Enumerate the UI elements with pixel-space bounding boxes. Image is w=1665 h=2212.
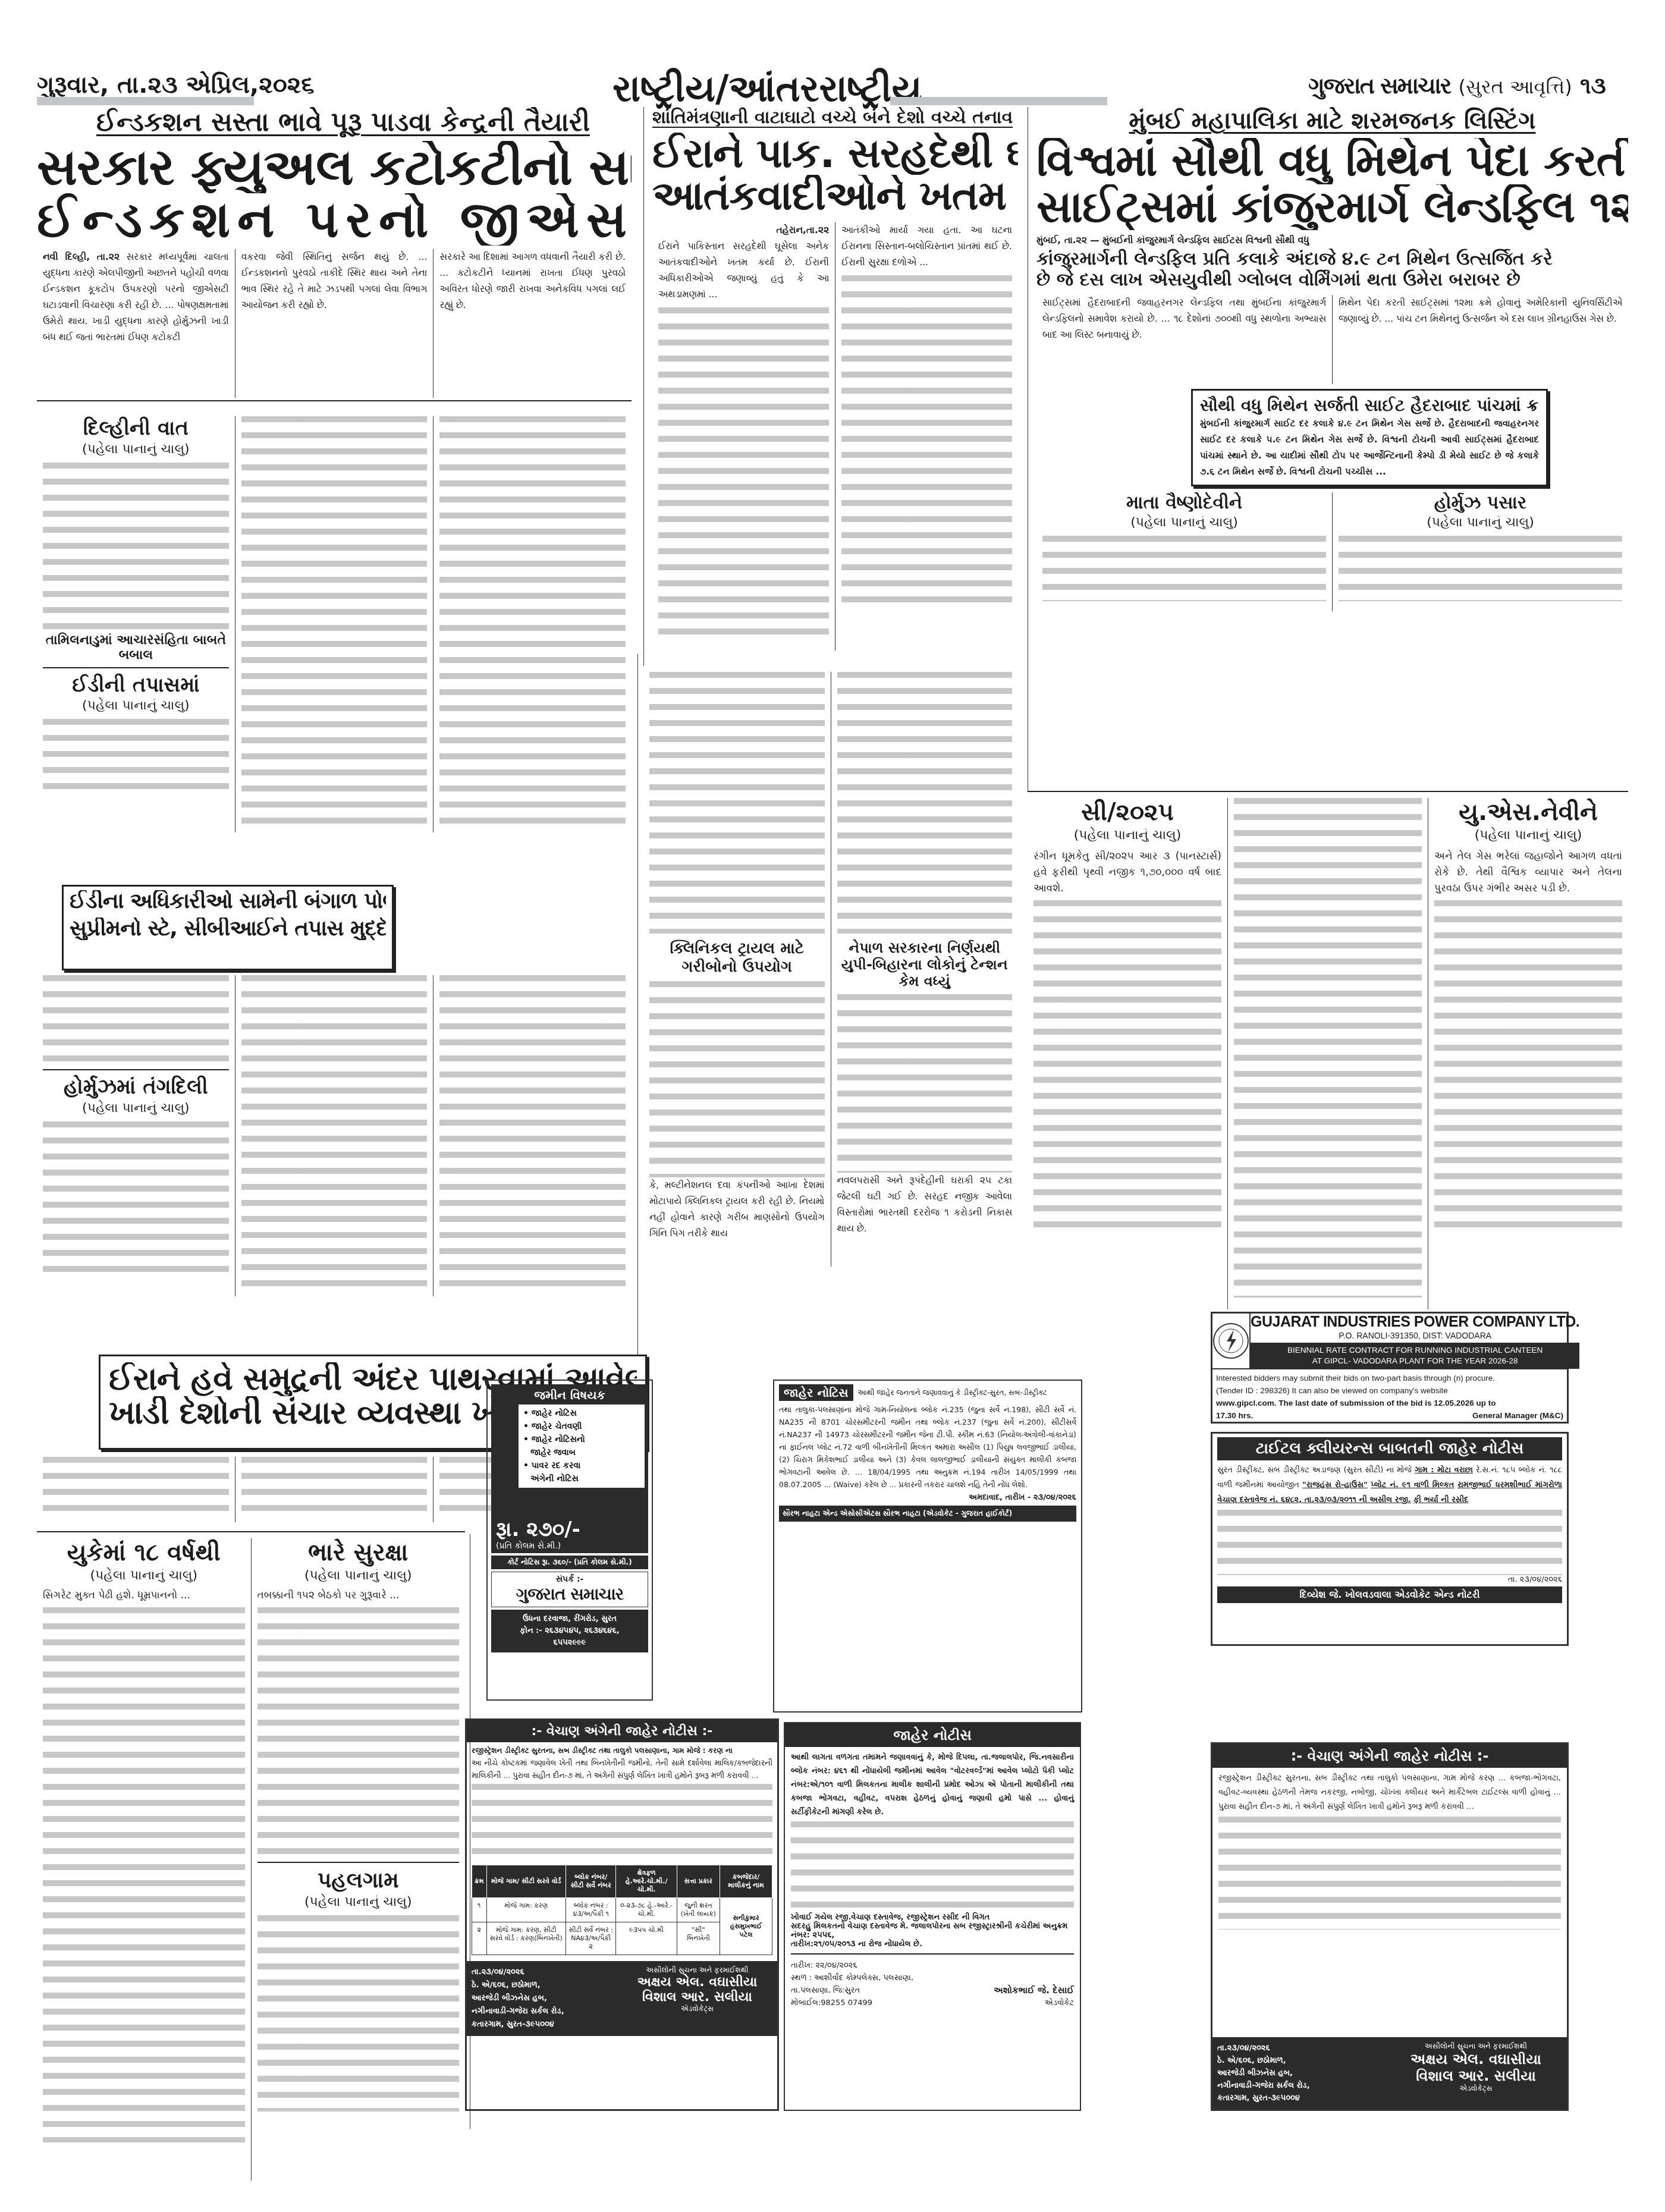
notice-intro: રજીસ્ટ્રેશન ડીસ્ટ્રીક્ટ સુરતના, સબ ડીસ્ટ… (472, 1745, 772, 1757)
table-header: બ્લોક નંબર/ સીટી સર્વે નંબર (566, 1865, 616, 1898)
story-text-block (837, 672, 1013, 934)
story-text: રંગીન ધૂમકેતુ સી/૨૦૨૫ આર ૩ (પાનસ્ટાર્સ) … (1033, 849, 1221, 897)
advocate-name: વિશાલ આર. સલીયા (1390, 2068, 1562, 2084)
advocate-name: અક્ષય એલ. વઘાસીયા (622, 1975, 772, 1990)
dateline: તહેરાન,તા.૨૨ (658, 222, 829, 238)
ad-inner-dark: જમીન વિષયક • જાહેર નોટિસ • જાહેર ચેતવણી … (491, 1384, 648, 1515)
notice-society: "રાજહંસ રો-હાઉસ" (1302, 1481, 1368, 1490)
notice-line: સુરત ડીસ્ટ્રીક્ટ, સબ ડીસ્ટ્રીક્ટ અડાજણ (… (1217, 1466, 1412, 1475)
story-text-block (439, 975, 626, 1290)
story-text-block (241, 1457, 428, 1516)
story-headline-line2: ઈન્ડકશન પરનો જીએસટી ઘટાડી શકે (37, 193, 632, 246)
continuation-note: (પહેલા પાનાનું ચાલુ) (43, 1099, 229, 1118)
land-table: ક્રમ મોજે ગામ/ સીટી સરવે વોર્ડ બ્લોક નંબ… (472, 1865, 772, 1955)
continuation-title: માતા વૈષ્ણોદેવીને (1042, 492, 1326, 514)
ad-item: જાહેર જવાબ (523, 1446, 640, 1459)
notice-instruction: અસીલોની સુચના અને ફરમાઈશથી (1390, 2042, 1562, 2051)
continuation-title: ભારે સુરક્ષા (257, 1538, 460, 1567)
gipcl-title-line2: AT GIPCL- VADODARA PLANT FOR THE YEAR 20… (1252, 1356, 1578, 1366)
story-column (433, 416, 632, 832)
continuation-note: (પહેલા પાનાનું ચાલુ) (1339, 514, 1622, 532)
table-row: ૧ મોજે ગામ: કરણ બ્લોક નંબર : ૪૩/અ/પૈકી ૧… (472, 1898, 772, 1922)
left-continuations: દિલ્હીની વાત (પહેલા પાનાનું ચાલુ) તામિલન… (37, 416, 632, 832)
story-column (235, 1457, 433, 1522)
notice-intro: આથી જાહેર જનતાને જણાવવાનું કે ડીસ્ટ્રીક્… (858, 1388, 1047, 1397)
story-column: વકરવા જેવી સ્થિતિનું સર્જન થયું છે. ... … (235, 249, 433, 398)
story-text: ઈરાને પાકિસ્તાન સરહદેથી ઘૂસેલા અનેક આતંક… (658, 238, 829, 303)
notice-owner: રામજીભાઈ ધરમશીભાઈ માંગરોળા (1457, 1481, 1562, 1490)
story-text: તબક્કાની ૧૫૨ બેઠકો પર ગુરૂવારે ... (257, 1588, 460, 1604)
notice-title: જાહેર નોટીસ (785, 1723, 1080, 1747)
table-header: ક્ષેત્રફળ હે.આરે.ચો.મી./ચો.મી. (616, 1865, 677, 1898)
public-notice-dipla: જાહેર નોટીસ આથી લાગતા વળગતા તમામને જણાવવ… (784, 1722, 1081, 2111)
ed-story-body: હોર્મુઝમાં તંગદિલી (પહેલા પાનાનું ચાલુ) (37, 975, 632, 1296)
notice-body: આથી લાગતા વળગતા તમામને જણાવવાનું કે, મોજ… (791, 1751, 1074, 1819)
edition-label: (સુરત આવૃત્તિ) (1459, 76, 1572, 98)
sale-notice-karan: :- વેચાણ અંગેની જાહેર નોટીસ :- રજીસ્ટ્રે… (465, 1718, 779, 2111)
continuation-note: (પહેલા પાનાનું ચાલુ) (1042, 514, 1326, 532)
ad-item: • પાવર રદ કરવા (523, 1459, 640, 1472)
notice-date: તા.૨૩/૦૪/૨૦૨૬ (1217, 2042, 1390, 2054)
issue-date: ગુરૂવાર, તા.૨૩ એપ્રિલ,૨૦૨૬ (37, 71, 315, 99)
column-rule (470, 1534, 470, 2129)
gipcl-body-line3: www.gipcl.com. The last date of submissi… (1216, 1397, 1563, 1409)
address-line: નગીનાવાડી-ગજેરા સર્કલ રોડ, (472, 2005, 622, 2018)
column-rule (637, 654, 638, 1356)
table-cell: સનીકુમાર હસમુખભાઈ પટેલ (720, 1898, 772, 1955)
table-cell: મોજે ગામ: કરણ (486, 1898, 566, 1922)
notice-registration-date: તારીખ:૨૧/૦૫/૨૦૧૩ ના રોજ નોંધાયેલ છે. (791, 1940, 1074, 1949)
notice-date: તારીખ: ૨૨/૦૪/૨૦૨૬ (791, 1959, 913, 1972)
notice-heading-row: જાહેર નોટિસ આથી જાહેર જનતાને જણાવવાનું ક… (779, 1384, 1076, 1401)
ad-contact: સંપર્ક :- ગુજરાત સમાચાર (491, 1572, 648, 1607)
table-cell: મોજે ગામ: કરણ, સીટી સરવે વોર્ડ : કરણ(બિન… (486, 1922, 566, 1955)
story-text: નવલપરાસી અને રૂપંદેહીની ઘરાકી ૨૫ ટકા જેટ… (837, 1173, 1013, 1237)
sidebox-body: મુંબઈની કાંજુરમાર્ગ સાઈટ દર કલાકે ૪.૯ ટન… (1200, 416, 1539, 480)
notice-taluka: તા.પલસાણા, જિ:સુરત (791, 1984, 913, 1997)
story-kicker: શાંતિમંત્રણાની વાટાઘાટો વચ્ચે બંને દેશો … (652, 107, 1018, 128)
story-methane-listing: મુંબઈ મહાપાલિકા માટે શરમજનક લિસ્ટિંગ વિશ… (1028, 107, 1628, 791)
table-header: સત્તા પ્રકાર (677, 1865, 720, 1898)
continuation-delhi: દિલ્હીની વાત (પહેલા પાનાનું ચાલુ) તામિલન… (37, 416, 235, 832)
dateline: મુંબઈ, તા.૨૨ (1036, 235, 1087, 246)
notice-date: તા.૨૩/૦૪/૨૦૨૬ (472, 1966, 622, 1979)
story-column: મિથેન પેદા કરતી સાઈટ્સમાં ૧૨મા ક્રમે હોવ… (1332, 295, 1628, 384)
ad-court-notice: કોર્ટ નોટિસ રૂા. ૩૬૦/- (પ્રતિ કોલમ સે.મી… (491, 1556, 648, 1569)
divider (257, 1862, 460, 1863)
continuation-uk: યુકેમાં ૧૮ વર્ષથી (પહેલા પાનાનું ચાલુ) સ… (37, 1538, 251, 2180)
notice-body: રજીસ્ટ્રેશન ડીસ્ટ્રીક્ટ સુરતના, સબ ડીસ્ટ… (1218, 1771, 1561, 1814)
ad-item: અંગેની નોટિસ (523, 1472, 640, 1485)
ad-address-band: ઉધના દરવાજા, રીંગરોડ, સુરત ફોન :- ૨૬૩૪૫૪… (491, 1610, 648, 1652)
dateline: નવી દિલ્હી, તા.૨૨ (43, 252, 120, 262)
notice-title: ટાઈટલ ક્લીયરન્સ બાબતની જાહેર નોટીસ (1217, 1437, 1562, 1460)
ad-item: • જાહેર ચેતવણી (523, 1420, 640, 1433)
story-text: સિગરેટ મુક્ત પેઢી હશે. ધૂમ્રપાનનો ... (43, 1588, 245, 1604)
continuation-hormuz-pasar: હોર્મુઝ પસાર (પહેલા પાનાનું ચાલુ) (1332, 492, 1628, 611)
ad-phone: ફોન :- ૨૬૩૪૫૪૫, ૨૬૩૪૬૪૬, (492, 1625, 647, 1637)
story-text: આતંકીઓ માર્યા ગયા હતા. આ ઘટના ઈરાનના સિસ… (841, 222, 1012, 271)
rule-right (890, 97, 1107, 105)
public-notice-niyol: જાહેર નોટિસ આથી જાહેર જનતાને જણાવવાનું ક… (773, 1380, 1082, 1713)
continuation-title: દિલ્હીની વાત (43, 416, 229, 441)
masthead: ગુરૂવાર, તા.૨૩ એપ્રિલ,૨૦૨૬ રાષ્ટ્રીય/આંત… (0, 0, 1665, 107)
nepal-story: નેપાળ સરકારના નિર્ણયથી યુપી-બિહારના લોકો… (831, 672, 1019, 1267)
ad-price: રૂા. ૨૭૦/- (496, 1517, 643, 1541)
section-title: રાષ્ટ્રીય/આંતરરાષ્ટ્રીય (612, 67, 922, 111)
gipcl-body-line2: (Tender ID : 298326) It can also be view… (1216, 1384, 1563, 1397)
notice-lost-docs: ખોવાઈ ગયેલ રજી.વેચાણ દસ્તાવેજ, રજીસ્ટ્રે… (791, 1913, 1074, 1922)
table-cell: બ્લોક નંબર : ૪૩/અ/પૈકી ૧ (566, 1898, 616, 1922)
page-number: ૧૩ (1580, 73, 1606, 99)
table-header: કબજેદાર/ માલીકનું નામ (720, 1865, 772, 1898)
continuation-note: (પહેલા પાનાનું ચાલુ) (257, 1893, 460, 1912)
story-headline-line1: વિશ્વમાં સૌથી વધુ મિથેન પેદા કરતી (1036, 138, 1628, 184)
ad-gipcl-tender: GUJARAT INDUSTRIES POWER COMPANY LTD. P.… (1211, 1312, 1569, 1424)
story-headline-line1: સરકાર ફ્યુઅલ કટોકટીનો સામનો કરવા (37, 141, 632, 193)
story-text-block (43, 975, 229, 1064)
story-column: નવી દિલ્હી, તા.૨૨ સરકાર મધ્યપૂર્વમાં ચાલ… (37, 249, 235, 398)
table-cell: ૨ (472, 1922, 487, 1955)
continuation-note: (પહેલા પાનાનું ચાલુ) (43, 697, 229, 715)
methane-sidebox: સૌથી વધુ મિથેન સર્જતી સાઈટ હૈદરાબાદ પાંચ… (1191, 389, 1548, 486)
notice-date: તા. ૨૩/૦૪/૨૦૨૬ (1217, 1575, 1562, 1584)
story-column (235, 975, 433, 1296)
story-text-block (257, 1607, 460, 1857)
deck-line: મુંબઈની કાંજુરમાર્ગ લેન્ડફિલ સાઈટસ વિશ્વ… (1102, 235, 1309, 246)
story-headline-line2: સાઈટ્સમાં કાંજુરમાર્ગ લેન્ડફિલ ૧૨મા ક્રમ… (1036, 184, 1628, 231)
divider (791, 1953, 1074, 1955)
ad-classified-rates: જમીન વિષયક • જાહેર નોટિસ • જાહેર ચેતવણી … (486, 1380, 653, 1701)
table-cell: સીટી સર્વે નંબર : NA૪૩/અ/પૈકી ૨ (566, 1922, 616, 1955)
story-kicker: ઈન્ડકશન સસ્તા ભાવે પૂરૂ પાડવા કેન્દ્રની … (37, 107, 632, 137)
table-cell: જુની શરત (ખેતી લાયક) (677, 1898, 720, 1922)
notice-receipt: ફી ભર્યા ની રસીદ (1413, 1495, 1468, 1504)
notice-text-block (472, 1784, 772, 1861)
deck-line: છે જે દસ લાખ એસયુવીથી ગ્લોબલ વોર્મિંગમાં… (1036, 269, 1628, 290)
divider (43, 1069, 229, 1070)
continuation-title: હોર્મુઝ પસાર (1339, 492, 1622, 514)
address-line: કતારગામ, સુરત-૩૯૫૦૦૪ (1217, 2092, 1390, 2104)
continuation-note: (પહેલા પાનાનું ચાલુ) (1434, 827, 1622, 845)
gipcl-logo-icon (1212, 1322, 1249, 1359)
ad-header: જમીન વિષયક (495, 1388, 645, 1402)
ad-item: • જાહેર નોટિસ (523, 1407, 640, 1420)
gipcl-title-line1: BIENNIAL RATE CONTRACT FOR RUNNING INDUS… (1252, 1345, 1578, 1356)
story-text-block (43, 1607, 245, 2142)
continuation-security: ભારે સુરક્ષા (પહેલા પાનાનું ચાલુ) તબક્કા… (251, 1538, 466, 2180)
notice-place-date: અમદાવાદ, તારીખ - ૨૩/૦૪/૨૦૨૬ (779, 1493, 1076, 1502)
address-line: નગીનાવાડી-ગજેરા સર્કલ રોડ, (1217, 2079, 1390, 2092)
story-kicker: મુંબઈ મહાપાલિકા માટે શરમજનક લિસ્ટિંગ (1036, 107, 1628, 134)
rule-left (37, 97, 254, 105)
story-subhead: ક્લિનિકલ ટ્રાયલ માટે ગરીબોનો ઉપયોગ (649, 940, 825, 976)
story-text-block (1339, 536, 1622, 601)
story-text-block (43, 1457, 229, 1516)
notice-body: આ નીચે કોષ્ટકમાં જણાવેલ ખેતી તથા બિનખેતી… (472, 1757, 772, 1781)
clinical-trial-story: ક્લિનિકલ ટ્રાયલ માટે ગરીબોનો ઉપયોગ કે, મ… (643, 672, 831, 1267)
ad-price-band: રૂા. ૨૭૦/- (પ્રતિ કોલમ સે.મી.) (491, 1515, 648, 1553)
paper-brand: ગુજરાત સમાચાર (સુરત આવૃત્તિ) ૧૩ (1308, 73, 1606, 99)
story-text-block (1234, 798, 1422, 1297)
title-clearance-notice: ટાઈટલ ક્લીયરન્સ બાબતની જાહેર નોટીસ સુરત … (1211, 1432, 1569, 1646)
continuation-title: યુકેમાં ૧૮ વર્ષથી (43, 1538, 245, 1567)
table-cell: ૯૩૫૫ ચો.મી (616, 1922, 677, 1955)
ad-address: ઉધના દરવાજા, રીંગરોડ, સુરત (492, 1613, 647, 1625)
story-text-block (439, 416, 626, 827)
box-headline-line2: સુપ્રીમનો સ્ટે, સીબીઆઈને તપાસ મુદ્દે મમત… (70, 918, 386, 940)
story-text: સરકાર મધ્યપૂર્વમાં ચાલતા યુદ્ધના કારણે એ… (43, 252, 229, 343)
story-text-block (649, 672, 825, 934)
gipcl-company-name: GUJARAT INDUSTRIES POWER COMPANY LTD. (1251, 1314, 1579, 1331)
story-text-block (1033, 900, 1221, 1233)
gipcl-logo (1212, 1314, 1251, 1368)
box-ed-bengal-fir: ઈડીના અધિકારીઓ સામેની બંગાળ પોલીસની એફઆઈ… (62, 885, 394, 970)
continuation-title: ઈડીની તપાસમાં (43, 673, 229, 697)
ad-phone-2: ૬૫૫૨૯૯૯ (492, 1637, 647, 1649)
continuation-mata-vaishno: માતા વૈષ્ણોદેવીને (પહેલા પાનાનું ચાલુ) (1036, 492, 1332, 611)
continuation-comet: સી/૨૦૨૫ (પહેલા પાનાનું ચાલુ) રંગીન ધૂમકે… (1028, 798, 1227, 1309)
story-fuel-gst: ઈન્ડકશન સસ્તા ભાવે પૂરૂ પાડવા કેન્દ્રની … (37, 107, 632, 410)
address-line: ઠે. એ/૬૦૬, છઠોમાળ, (1217, 2054, 1390, 2067)
advocate-address: તા.૨૩/૦૪/૨૦૨૬ ઠે. એ/૬૦૬, છઠોમાળ, આરજેડી … (472, 1966, 622, 2031)
address-line: કતારગામ, સુરત-૩૯૫૦૦૪ (472, 2018, 622, 2031)
story-column: તહેરાન,તા.૨૨ ઈરાને પાકિસ્તાન સરહદેથી ઘૂસ… (652, 222, 835, 651)
notice-body: તથા તાલુકા-પલસાણાંના મોજે ગામ-નિયોલના બ્… (779, 1403, 1076, 1491)
notice-text-block (1218, 1817, 1561, 1930)
ad-items-list: • જાહેર નોટિસ • જાહેર ચેતવણી • જાહેર નોટ… (519, 1405, 645, 1488)
story-text-block (43, 463, 229, 629)
story-headline-line2: આતંકવાદીઓને ખતમ કર્યા (652, 175, 1018, 217)
notice-signatory: અશોકભાઈ જે. દેસાઈ (994, 1984, 1074, 1997)
notice-body: સુરત ડીસ્ટ્રીક્ટ, સબ ડીસ્ટ્રીક્ટ અડાજણ (… (1217, 1463, 1562, 1507)
advocate-address: તા.૨૩/૦૪/૨૦૨૬ ઠે. એ/૬૦૬, છઠોમાળ, આરજેડી … (1217, 2042, 1390, 2104)
continuation-title: પહલગામ (257, 1868, 460, 1893)
ad-contact-label: સંપર્ક :- (494, 1575, 645, 1584)
continuation-note: (પહેલા પાનાનું ચાલુ) (43, 441, 229, 459)
ad-item: • જાહેર નોટિસનો (523, 1433, 640, 1446)
notice-text-block (1217, 1510, 1562, 1575)
story-text-block (841, 275, 1012, 608)
table-header: ક્રમ (472, 1865, 487, 1898)
address-line: આરજેડી બીઝનેસ હબ, (1217, 2067, 1390, 2079)
story-column: સાઈટ્સમાં હૈદરાબાદની જવાહરનગર લેન્ડફિલ ત… (1036, 295, 1332, 384)
notice-footer: સૌરભ નાહટા એન્ડ એસોસીએટસ સૌરભ નાહટા (એડવ… (779, 1506, 1076, 1522)
notice-footer: તા.૨૩/૦૪/૨૦૨૬ ઠે. એ/૬૦૬, છઠોમાળ, આરજેડી … (467, 1961, 777, 2036)
story-column (37, 1457, 235, 1522)
middle-stories: ક્લિનિકલ ટ્રાયલ માટે ગરીબોનો ઉપયોગ કે, મ… (643, 672, 1018, 1267)
divider (1028, 791, 1628, 792)
story-text-block (837, 994, 1013, 1173)
notice-plot: પ્લોટ નં. ૯૧ વાળી મિલ્કત (1371, 1481, 1454, 1490)
gipcl-deadline-time: 17.30 hrs. (1216, 1409, 1253, 1422)
story-text-block (241, 416, 428, 827)
continuation-us-navy: યુ.એસ.નેવીને (પહેલા પાનાનું ચાલુ) અને તે… (1428, 798, 1628, 1309)
advocate-role: એડવોકેટ્સ (622, 2004, 772, 2013)
story-deck: મુંબઈ, તા.૨૨ — મુંબઈની કાંજુરમાર્ગ લેન્ડ… (1036, 232, 1628, 249)
paper-name: ગુજરાત સમાચાર (1308, 73, 1450, 99)
story-text-block (1042, 536, 1326, 601)
notice-role: એડવોકેટ (994, 1997, 1074, 2009)
table-header-row: ક્રમ મોજે ગામ/ સીટી સરવે વોર્ડ બ્લોક નંબ… (472, 1865, 772, 1898)
notice-footer: તા.૨૩/૦૪/૨૦૨૬ ઠે. એ/૬૦૬, છઠોમાળ, આરજેડી … (1212, 2037, 1567, 2109)
story-iran-pakistan: શાંતિમંત્રણાની વાટાઘાટો વચ્ચે બંને દેશો … (643, 107, 1018, 666)
notice-deed: વેચાણ દસ્તાવેજ નં. ૬૪૮૨, તા.૨૩/૦૩/૨૦૧૧ ન… (1217, 1495, 1411, 1504)
notice-text-block (791, 1821, 1074, 1911)
divider (43, 667, 229, 668)
continuation-note: (પહેલા પાનાનું ચાલુ) (43, 1567, 245, 1585)
story-column (433, 975, 632, 1296)
story-text-block (241, 975, 428, 1290)
advocate-name: અક્ષય એલ. વઘાસીયા (1390, 2051, 1562, 2068)
divider (37, 400, 632, 401)
ad-price-unit: (પ્રતિ કોલમ સે.મી.) (496, 1541, 643, 1551)
story-text-block (257, 1915, 460, 2112)
story-text-block (649, 981, 825, 1177)
notice-registration: સદરહુ મિલકતનો વેચાણ દસ્તાવેજ મે. જલાલપોર… (791, 1922, 1074, 1940)
story-text-block (658, 307, 829, 640)
box-headline-line1: ઈડીના અધિકારીઓ સામેની બંગાળ પોલીસની એફઆઈ… (70, 890, 386, 913)
advocate-names: અસીલોની સુચના અને ફરમાઈશથી અક્ષય એલ. વઘા… (622, 1966, 772, 2031)
continuation-note: (પહેલા પાનાનું ચાલુ) (1033, 827, 1221, 845)
table-cell: "સી" બિનખેતી (677, 1922, 720, 1955)
bottom-left-continuations: યુકેમાં ૧૮ વર્ષથી (પહેલા પાનાનું ચાલુ) સ… (37, 1531, 465, 2185)
gipcl-address: P.O. RANOLI-391350, DIST: VADODARA (1251, 1331, 1579, 1340)
notice-instruction: અસીલોની સુચના અને ફરમાઈશથી (622, 1966, 772, 1975)
continuation-subhead: તામિલનાડુમાં આચારસંહિતા બાબતે બબાલ (43, 633, 229, 662)
continuation-title: યુ.એસ.નેવીને (1434, 798, 1622, 827)
advocate-role: એડવોકેટ્સ (1390, 2084, 1562, 2093)
story-column (1227, 798, 1428, 1309)
notice-mobile: મોબાઈલ:98255 07499 (791, 1997, 913, 2009)
story-column: હોર્મુઝમાં તંગદિલી (પહેલા પાનાનું ચાલુ) (37, 975, 235, 1296)
notice-tag: જાહેર નોટિસ (779, 1384, 853, 1401)
sidebox-title: સૌથી વધુ મિથેન સર્જતી સાઈટ હૈદરાબાદ પાંચ… (1200, 395, 1539, 416)
gipcl-title-band: BIENNIAL RATE CONTRACT FOR RUNNING INDUS… (1251, 1343, 1579, 1369)
notice-place: સ્થળ : આશીર્વાદ કોમ્પલેક્સ, પલસાણા, (791, 1972, 913, 1984)
notice-title: :- વેચાણ અંગેની જાહેર નોટીસ :- (467, 1720, 777, 1742)
story-text: અને તેલ ગેસ ભરેલાં જહાજોને આગળ વધતાં રોક… (1434, 849, 1622, 897)
story-column (235, 416, 433, 832)
table-cell: ૦-૨૩-૭૮ હે.-આરે.-ચો.મી. (616, 1898, 677, 1922)
gipcl-body-line1: Interested bidders may submit their bids… (1216, 1372, 1563, 1384)
story-column: સરકારે આ દિશામાં આગળ વધવાની તૈયારી કરી છ… (433, 249, 632, 398)
gipcl-signatory: General Manager (M&C) (1472, 1409, 1563, 1422)
sale-notice-right: :- વેચાણ અંગેની જાહેર નોટીસ :- રજીસ્ટ્રે… (1211, 1742, 1569, 2111)
notice-signatory: દિવ્યેશ જે. ખોલવડવાલા એડવોકેટ એન્ડ નોટરી (1217, 1586, 1562, 1603)
divider (37, 1531, 465, 1532)
story-text-block (1434, 900, 1622, 1233)
story-column: આતંકીઓ માર્યા ગયા હતા. આ ઘટના ઈરાનના સિસ… (835, 222, 1018, 651)
advocate-name: વિશાલ આર. સલીયા (622, 1990, 772, 2004)
gipcl-body: Interested bidders may submit their bids… (1212, 1368, 1567, 1424)
ad-brand-logo: ગુજરાત સમાચાર (494, 1584, 645, 1604)
notice-village: ગામ : મોટા વરાછા (1415, 1466, 1473, 1475)
story-text-block (43, 1121, 229, 1276)
story-text-block (43, 719, 229, 790)
notice-title: :- વેચાણ અંગેની જાહેર નોટીસ :- (1212, 1744, 1567, 1768)
advocate-names: અસીલોની સુચના અને ફરમાઈશથી અક્ષય એલ. વઘા… (1390, 2042, 1562, 2104)
story-subhead: નેપાળ સરકારના નિર્ણયથી યુપી-બિહારના લોકો… (837, 940, 1013, 989)
table-header: મોજે ગામ/ સીટી સરવે વોર્ડ (486, 1865, 566, 1898)
deck-line: કાંજુરમાર્ગની લેન્ડફિલ પ્રતિ કલાકે અંદાજ… (1036, 249, 1628, 269)
table-cell: ૧ (472, 1898, 487, 1922)
right-continuations: સી/૨૦૨૫ (પહેલા પાનાનું ચાલુ) રંગીન ધૂમકે… (1028, 791, 1628, 1314)
address-line: ઠે. એ/૬૦૬, છઠોમાળ, (472, 1979, 622, 1992)
continuation-note: (પહેલા પાનાનું ચાલુ) (257, 1567, 460, 1585)
continuation-title: હોર્મુઝમાં તંગદિલી (43, 1075, 229, 1099)
continuation-title: સી/૨૦૨૫ (1033, 798, 1221, 827)
story-headline-line1: ઈરાને પાક. સરહદેથી ઘૂસેલા (652, 133, 1018, 175)
address-line: આરજેડી બીઝનેસ હબ, (472, 1992, 622, 2005)
story-text: કે, મલ્ટીનેશનલ દવા કંપનીઓ આખા દેશમાં મોટ… (649, 1177, 825, 1242)
